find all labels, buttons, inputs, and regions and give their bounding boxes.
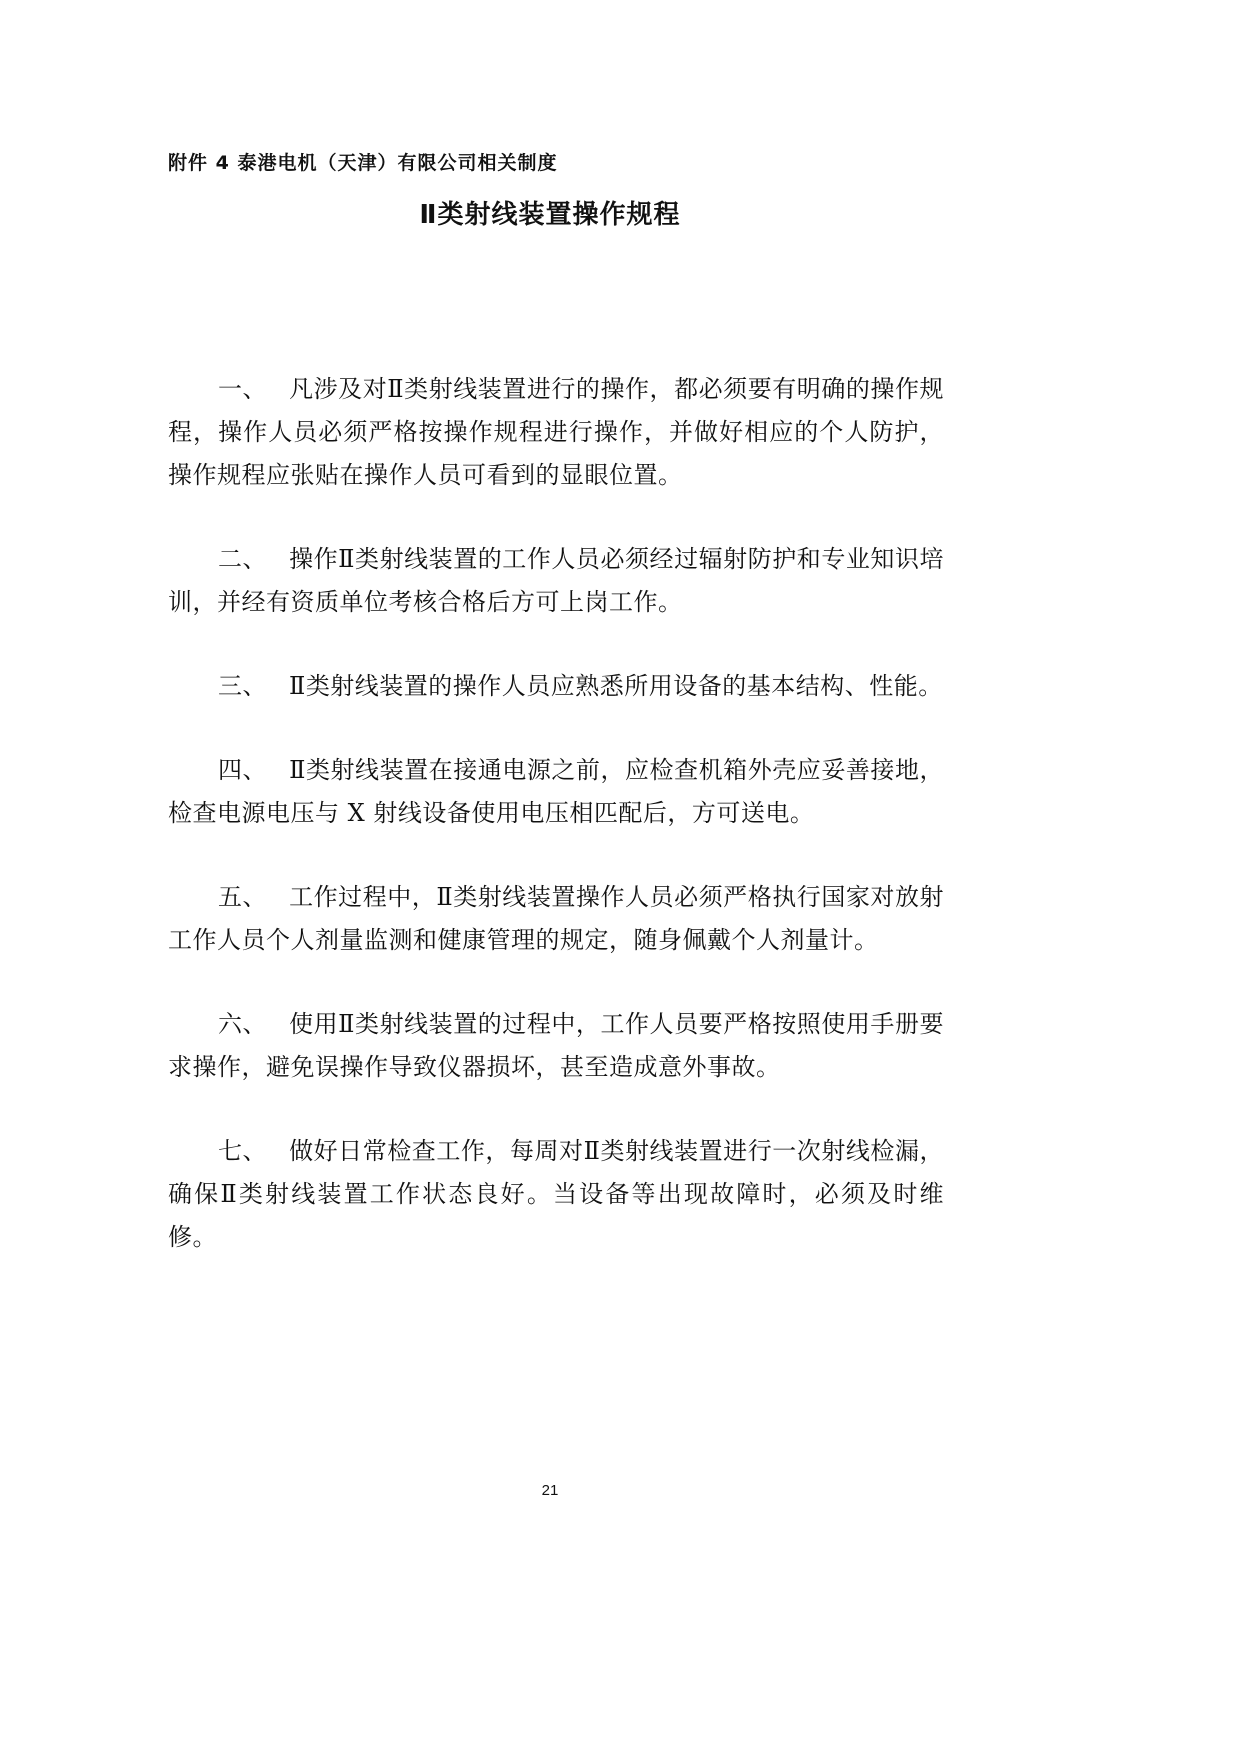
clause-5: 五、工作过程中，Ⅱ类射线装置操作人员必须严格执行国家对放射工作人员个人剂量监测和… [168,876,944,962]
clause-2: 二、操作Ⅱ类射线装置的工作人员必须经过辐射防护和专业知识培训，并经有资质单位考核… [168,538,944,624]
attachment-header: 附件 4 泰港电机（天津）有限公司相关制度 [168,148,557,175]
clause-number: 五、 [218,883,267,911]
clause-text: 使用Ⅱ类射线装置的过程中，工作人员要严格按照使用手册要求操作，避免误操作导致仪器… [168,1010,944,1081]
clause-7: 七、做好日常检查工作，每周对Ⅱ类射线装置进行一次射线检漏，确保Ⅱ类射线装置工作状… [168,1130,944,1259]
clause-number: 一、 [218,375,267,403]
clause-number: 三、 [218,672,267,700]
clause-3: 三、Ⅱ类射线装置的操作人员应熟悉所用设备的基本结构、性能。 [168,665,944,708]
clause-number: 六、 [218,1010,267,1038]
clause-number: 七、 [218,1137,267,1165]
document-page: 附件 4 泰港电机（天津）有限公司相关制度 Ⅱ类射线装置操作规程 一、凡涉及对Ⅱ… [0,0,1242,1755]
clause-6: 六、使用Ⅱ类射线装置的过程中，工作人员要严格按照使用手册要求操作，避免误操作导致… [168,1003,944,1089]
clause-text: 工作过程中，Ⅱ类射线装置操作人员必须严格执行国家对放射工作人员个人剂量监测和健康… [168,883,944,954]
clause-text: 操作Ⅱ类射线装置的工作人员必须经过辐射防护和专业知识培训，并经有资质单位考核合格… [168,545,944,616]
clause-text: 凡涉及对Ⅱ类射线装置进行的操作，都必须要有明确的操作规程，操作人员必须严格按操作… [168,375,944,489]
clause-text: 做好日常检查工作，每周对Ⅱ类射线装置进行一次射线检漏，确保Ⅱ类射线装置工作状态良… [168,1137,944,1251]
clause-1: 一、凡涉及对Ⅱ类射线装置进行的操作，都必须要有明确的操作规程，操作人员必须严格按… [168,368,944,497]
page-number: 21 [0,1482,1100,1499]
document-title: Ⅱ类射线装置操作规程 [0,194,1100,231]
clause-text: Ⅱ类射线装置在接通电源之前，应检查机箱外壳应妥善接地，检查电源电压与 X 射线设… [168,756,944,827]
clause-4: 四、Ⅱ类射线装置在接通电源之前，应检查机箱外壳应妥善接地，检查电源电压与 X 射… [168,749,944,835]
regulation-body: 一、凡涉及对Ⅱ类射线装置进行的操作，都必须要有明确的操作规程，操作人员必须严格按… [168,368,944,1300]
clause-number: 四、 [218,756,267,784]
clause-number: 二、 [218,545,267,573]
clause-text: Ⅱ类射线装置的操作人员应熟悉所用设备的基本结构、性能。 [289,672,943,700]
